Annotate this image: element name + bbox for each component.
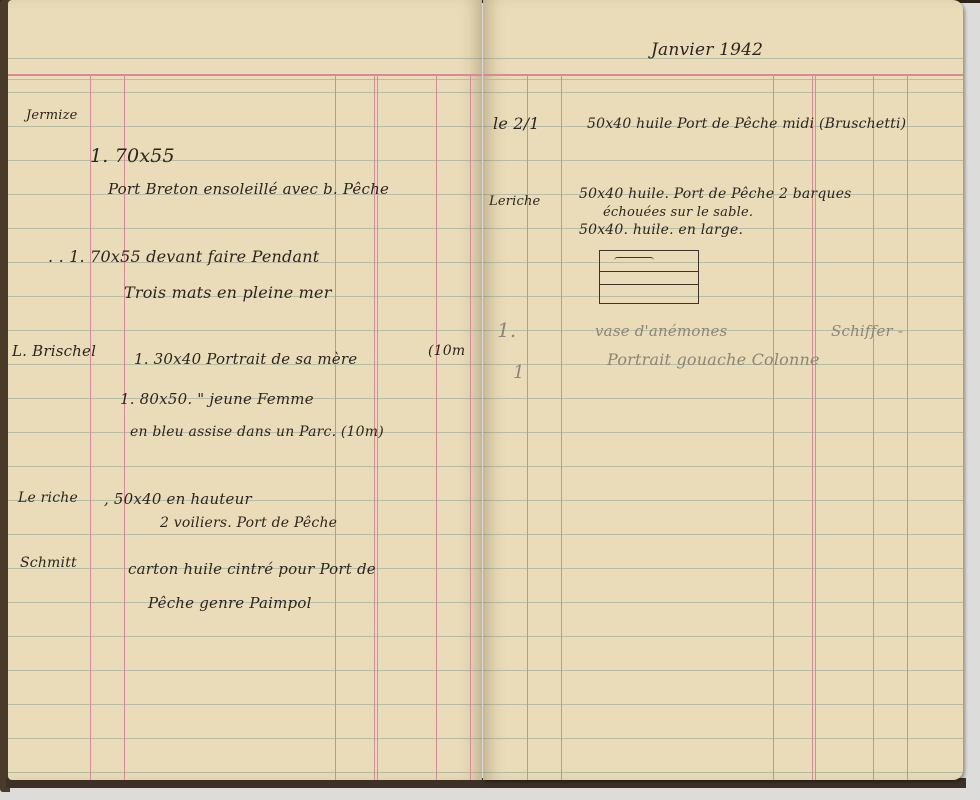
- column-rule: [873, 76, 874, 780]
- column-rule: [773, 76, 774, 780]
- entry-line: 2 voiliers. Port de Pêche: [160, 515, 337, 531]
- entry-line: vase d'anémones: [595, 322, 727, 340]
- entry-line: (10m: [428, 343, 465, 359]
- entry-name: Schmitt: [20, 555, 77, 571]
- entry-line: 1. 70x55: [90, 145, 175, 167]
- entry-line: en bleu assise dans un Parc. (10m): [130, 424, 384, 440]
- entry-line: , 50x40 en hauteur: [104, 490, 252, 508]
- entry-line: 50x40. huile. en large.: [579, 222, 743, 238]
- entry-line: . . 1. 70x55 devant faire Pendant: [48, 247, 319, 266]
- right-page: Janvier 1942 le 2/1 50x40 huile Port de …: [483, 0, 963, 780]
- entry-line: 1. 30x40 Portrait de sa mère: [134, 350, 357, 368]
- header-rule: [8, 74, 482, 76]
- page-heading: Janvier 1942: [651, 40, 763, 60]
- left-page: Jermize 1. 70x55 Port Breton ensoleillé …: [8, 0, 482, 780]
- entry-line: carton huile cintré pour Port de: [128, 560, 376, 578]
- entry-qty: 1.: [497, 318, 516, 342]
- column-rule-double: [812, 76, 816, 780]
- entry-line: Port Breton ensoleillé avec b. Pêche: [108, 180, 389, 198]
- entry-line: 50x40 huile Port de Pêche midi (Bruschet…: [587, 116, 906, 132]
- entry-name: Jermize: [26, 108, 78, 123]
- header-rule-secondary: [483, 79, 963, 80]
- column-rule: [907, 76, 908, 780]
- entry-qty: 1: [513, 362, 525, 383]
- header-rule-secondary: [8, 79, 482, 80]
- header-rule: [483, 74, 963, 76]
- entry-date: le 2/1: [493, 114, 540, 133]
- entry-line: Schiffer -: [831, 322, 903, 340]
- column-rule: [527, 76, 528, 780]
- entry-line: 1. 80x50. " jeune Femme: [120, 390, 314, 408]
- harbor-sketch-icon: [599, 250, 699, 304]
- entry-line: échouées sur le sable.: [603, 205, 753, 220]
- column-rule: [436, 76, 437, 780]
- entry-line: Pêche genre Paimpol: [148, 594, 312, 612]
- column-rule: [561, 76, 562, 780]
- entry-name: L. Brischel: [12, 342, 96, 360]
- column-rule: [90, 76, 91, 780]
- entry-line: Trois mats en pleine mer: [124, 283, 332, 302]
- entry-line: 50x40 huile. Port de Pêche 2 barques: [579, 186, 852, 202]
- entry-date: Leriche: [489, 194, 540, 209]
- entry-name: Le riche: [18, 490, 78, 506]
- entry-line: Portrait gouache Colonne: [607, 350, 820, 369]
- column-rule: [470, 76, 471, 780]
